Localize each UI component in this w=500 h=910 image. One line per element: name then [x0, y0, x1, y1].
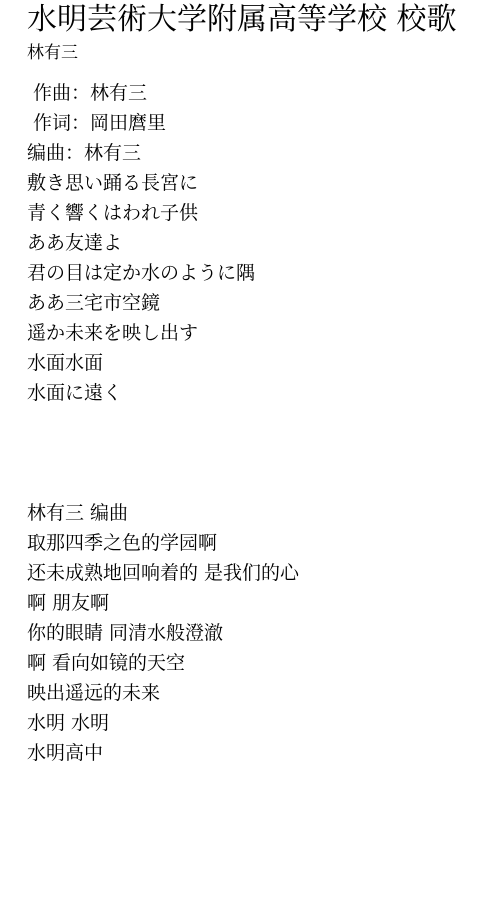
lyric-line: 水明高中: [27, 738, 490, 768]
lyric-line: 啊 看向如镜的天空: [27, 648, 490, 678]
lyrics-page-body: { "page": { "title": "水明芸術大学附属高等学校 校歌", …: [0, 0, 500, 910]
lyric-line: [27, 438, 490, 468]
lyric-line: ああ三宅市空鏡: [27, 288, 490, 318]
lyric-line: 敷き思い踊る長宮に: [27, 168, 490, 198]
page-title: 水明芸術大学附属高等学校 校歌: [27, 2, 490, 38]
lyric-line: 取那四季之色的学园啊: [27, 528, 490, 558]
lyrics-block: 作曲：林有三 作词：岡田麿里编曲：林有三敷き思い踊る長宮に青く響くはわれ子供ああ…: [27, 78, 490, 768]
lyric-line: 青く響くはわれ子供: [27, 198, 490, 228]
lyric-line: [27, 408, 490, 438]
lyric-line: 作曲：林有三: [27, 78, 490, 108]
lyric-line: 映出遥远的未来: [27, 678, 490, 708]
lyric-line: 水明 水明: [27, 708, 490, 738]
lyric-line: 你的眼睛 同清水般澄澈: [27, 618, 490, 648]
lyric-line: [27, 468, 490, 498]
lyric-line: 林有三 编曲: [27, 498, 490, 528]
lyrics-page: 水明芸術大学附属高等学校 校歌 林有三 作曲：林有三 作词：岡田麿里编曲：林有三…: [0, 2, 500, 768]
artist-name: 林有三: [27, 40, 490, 66]
lyric-line: 君の目は定か水のように隅: [27, 258, 490, 288]
lyric-line: 啊 朋友啊: [27, 588, 490, 618]
lyric-line: 还未成熟地回响着的 是我们的心: [27, 558, 490, 588]
lyric-line: 编曲：林有三: [27, 138, 490, 168]
lyric-line: 水面水面: [27, 348, 490, 378]
lyric-line: 遥か未来を映し出す: [27, 318, 490, 348]
lyric-line: 水面に遠く: [27, 378, 490, 408]
lyric-line: 作词：岡田麿里: [27, 108, 490, 138]
lyric-line: ああ友達よ: [27, 228, 490, 258]
